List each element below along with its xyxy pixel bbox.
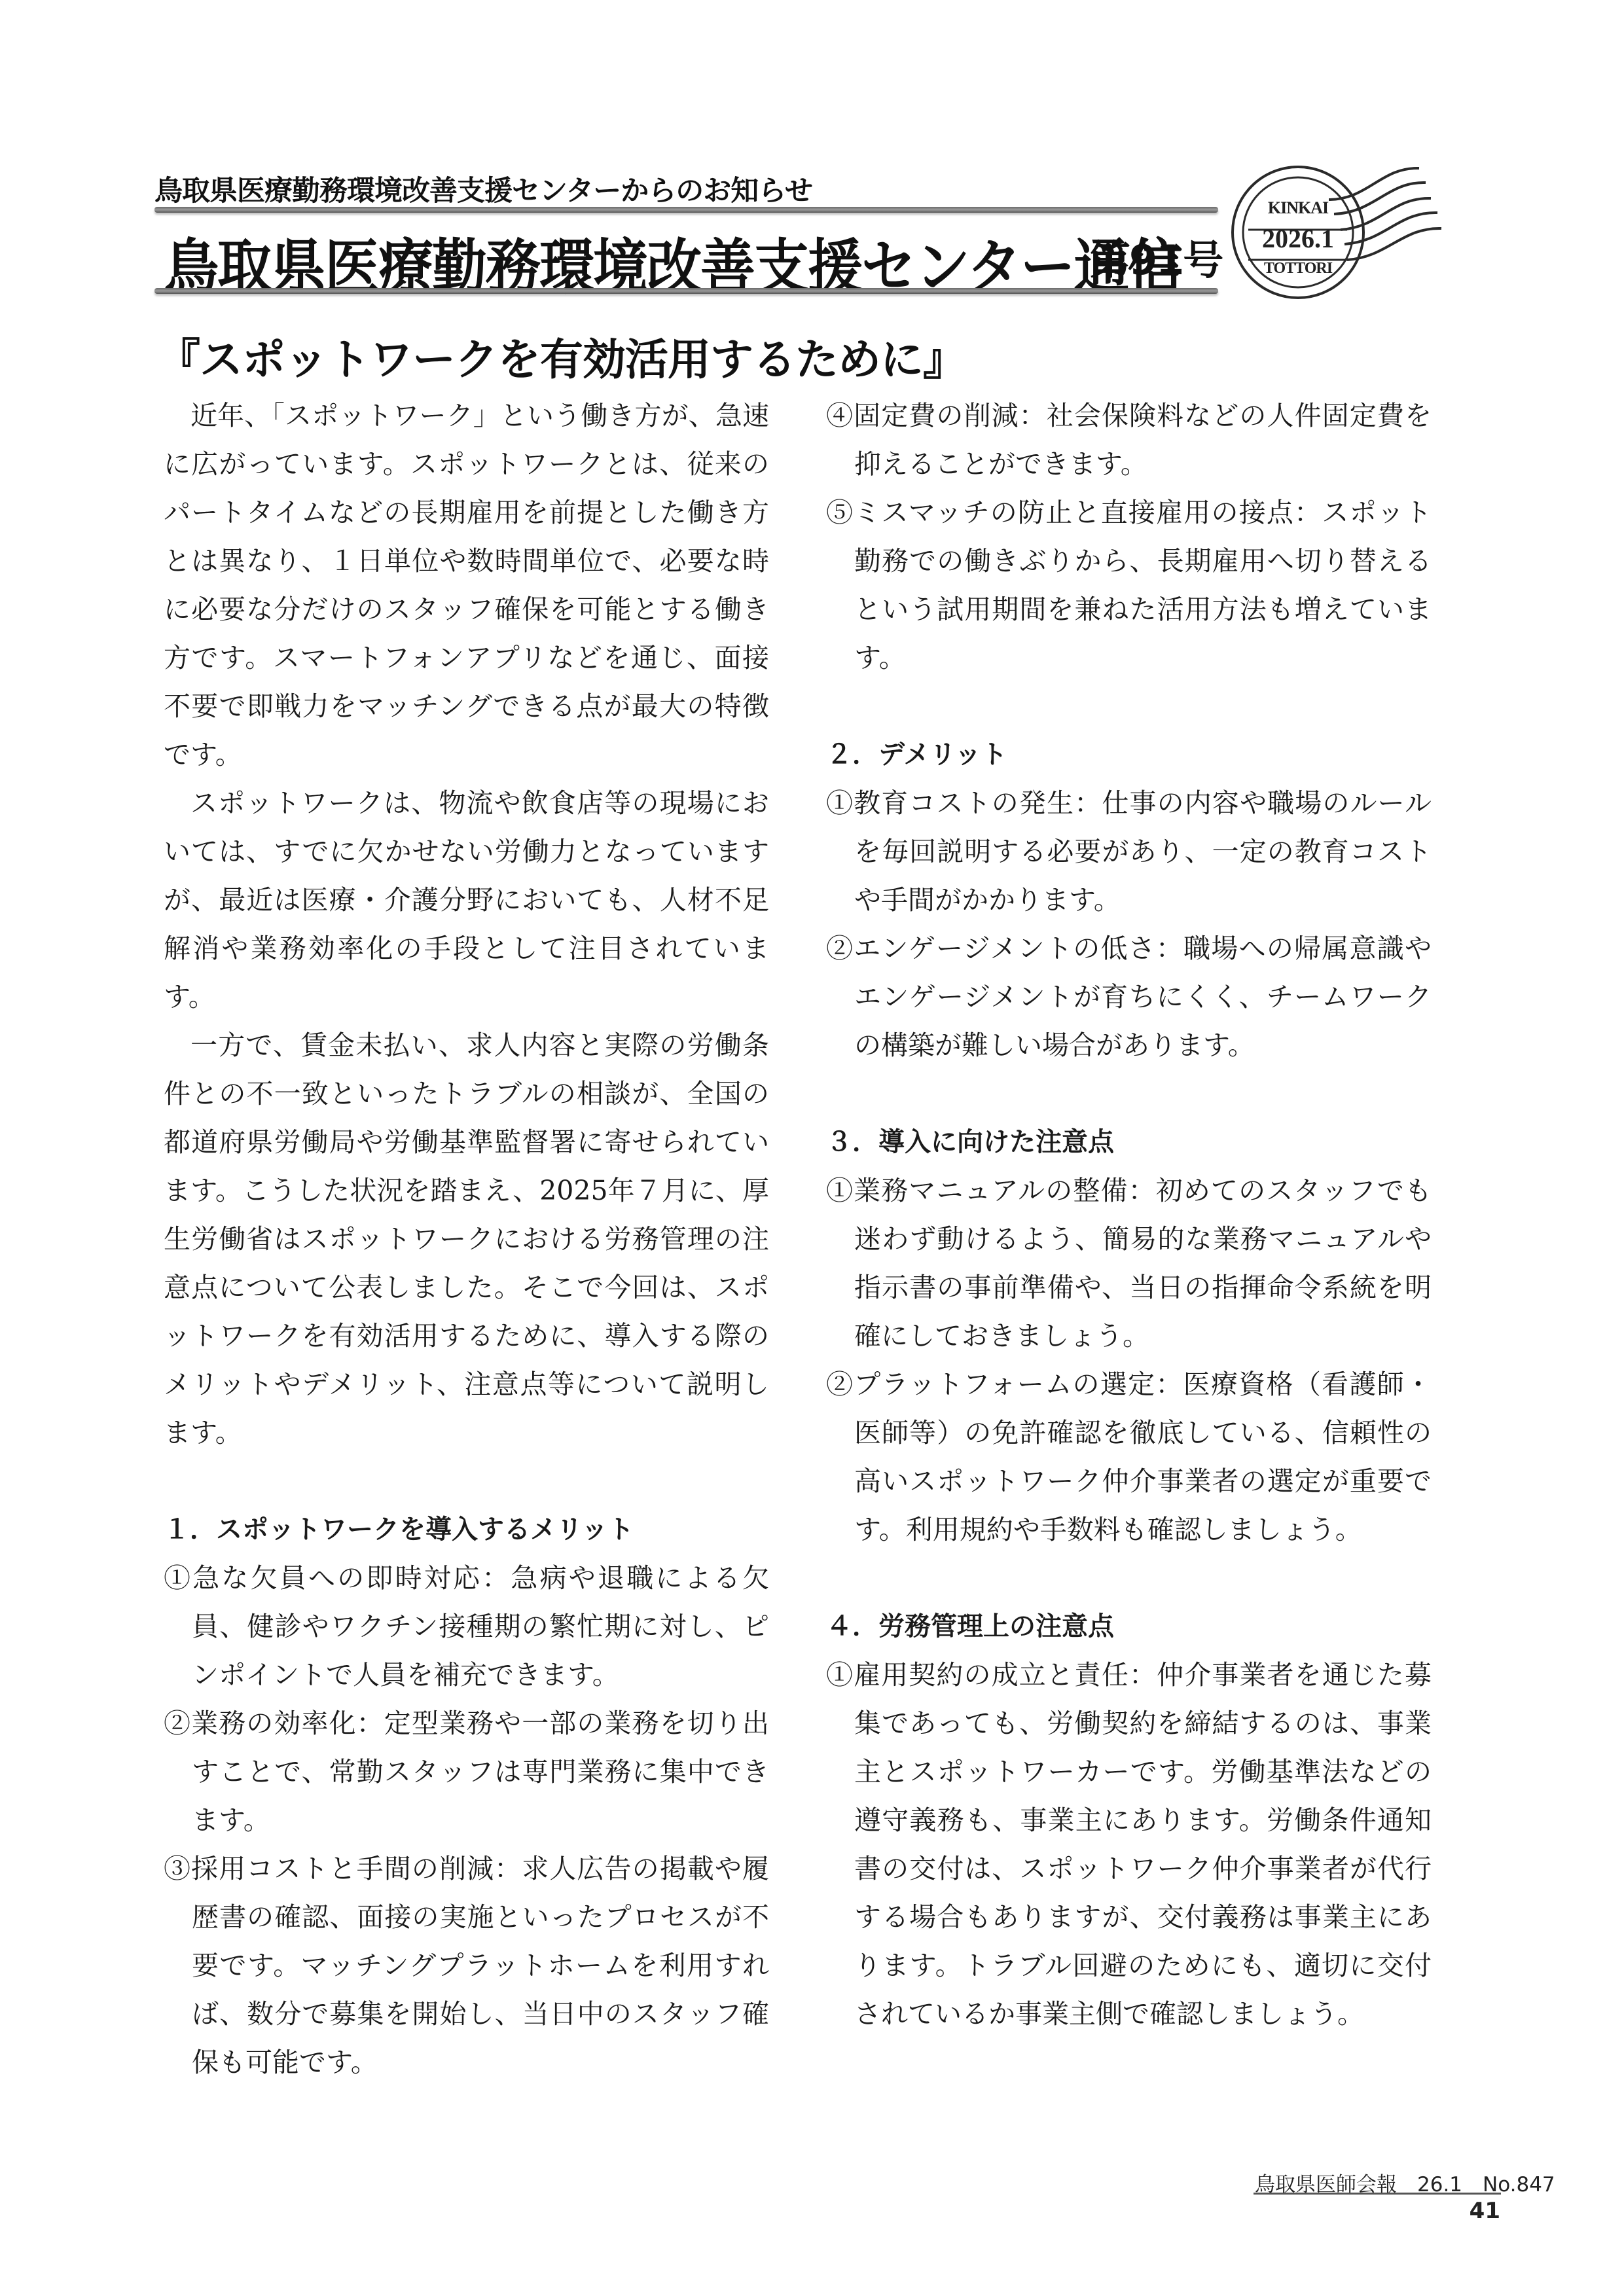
- list-item: ③採用コストと手間の削減：求人広告の掲載や履歴書の確認、面接の実施といったプロセ…: [164, 1844, 769, 2087]
- postmark-stamp: KINKAI 2026.1 TOTTORI: [1211, 147, 1473, 317]
- header-rule-bottom: [154, 288, 1218, 294]
- list-item: ①雇用契約の成立と責任：仲介事業者を通じた募集であっても、労働契約を締結するのは…: [826, 1651, 1432, 2038]
- header-kicker: 鳥取県医療勤務環境改善支援センターからのお知らせ: [154, 169, 812, 209]
- section-title-adoption-notes: ３．導入に向けた注意点: [826, 1118, 1432, 1166]
- footer-rule: [1254, 2193, 1501, 2195]
- list-item: ⑤ミスマッチの防止と直接雇用の接点：スポット勤務での働きぶりから、長期雇用へ切り…: [826, 488, 1432, 682]
- postmark-date: 2026.1: [1252, 223, 1344, 254]
- article-headline: 『スポットワークを有効活用するために』: [157, 325, 965, 387]
- section-title-demerits: ２．デメリット: [826, 730, 1432, 779]
- section-title-labor-management: ４．労務管理上の注意点: [826, 1602, 1432, 1651]
- list-item: ①教育コストの発生：仕事の内容や職場のルールを毎回説明する必要があり、一定の教育…: [826, 779, 1432, 924]
- intro-paragraph: 一方で、賃金未払い、求人内容と実際の労働条件との不一致といったトラブルの相談が、…: [164, 1021, 769, 1457]
- list-item: ②プラットフォームの選定：医療資格（看護師・医師等）の免許確認を徹底している、信…: [826, 1360, 1432, 1554]
- list-item: ①急な欠員への即時対応：急病や退職による欠員、健診やワクチン接種期の繁忙期に対し…: [164, 1554, 769, 1699]
- issue-number: 第91号: [1090, 228, 1222, 286]
- header-rule-top: [154, 207, 1218, 213]
- list-item: ②エンゲージメントの低さ：職場への帰属意識やエンゲージメントが育ちにくく、チーム…: [826, 924, 1432, 1069]
- postmark-bottom-text: TOTTORI: [1252, 260, 1344, 278]
- page-number: 41: [1470, 2198, 1500, 2224]
- list-item: ②業務の効率化：定型業務や一部の業務を切り出すことで、常勤スタッフは専門業務に集…: [164, 1699, 769, 1844]
- column-left: 近年、「スポットワーク」という働き方が、急速に広がっています。スポットワークとは…: [164, 391, 769, 2087]
- postmark-top-text: KINKAI: [1252, 198, 1344, 218]
- section-title-merits: １．スポットワークを導入するメリット: [164, 1505, 769, 1554]
- column-right: ④固定費の削減：社会保険料などの人件固定費を抑えることができます。 ⑤ミスマッチ…: [826, 391, 1432, 2038]
- list-item: ①業務マニュアルの整備：初めてのスタッフでも迷わず動けるよう、簡易的な業務マニュ…: [826, 1166, 1432, 1360]
- intro-paragraph: 近年、「スポットワーク」という働き方が、急速に広がっています。スポットワークとは…: [164, 391, 769, 779]
- intro-paragraph: スポットワークは、物流や飲食店等の現場においては、すでに欠かせない労働力となって…: [164, 779, 769, 1021]
- list-item: ④固定費の削減：社会保険料などの人件固定費を抑えることができます。: [826, 391, 1432, 488]
